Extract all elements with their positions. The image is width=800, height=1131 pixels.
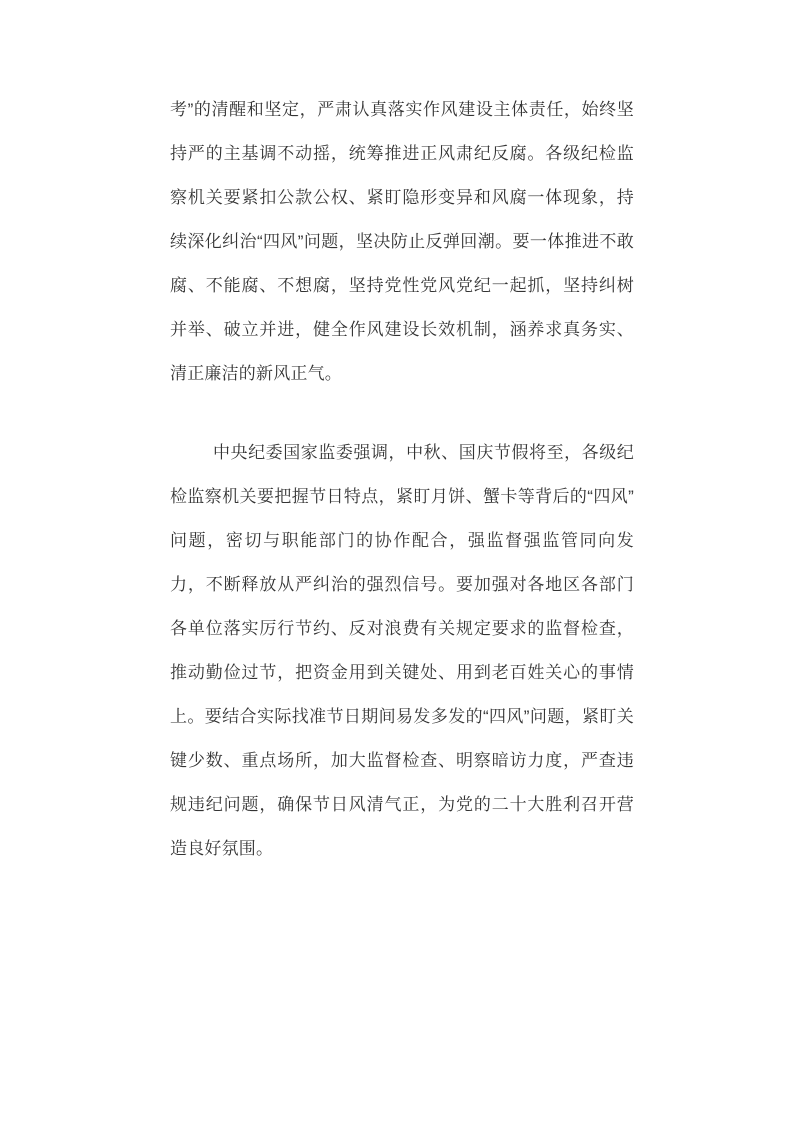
paragraph-second: 中央纪委国家监委强调，中秋、国庆节假将至，各级纪检监察机关要把握节日特点，紧盯月… [170,431,634,871]
document-page: 考”的清醒和坚定，严肃认真落实作风建设主体责任，始终坚持严的主基调不动摇，统筹推… [0,0,800,1131]
paragraph-continuation: 考”的清醒和坚定，严肃认真落实作风建设主体责任，始终坚持严的主基调不动摇，统筹推… [170,88,634,396]
